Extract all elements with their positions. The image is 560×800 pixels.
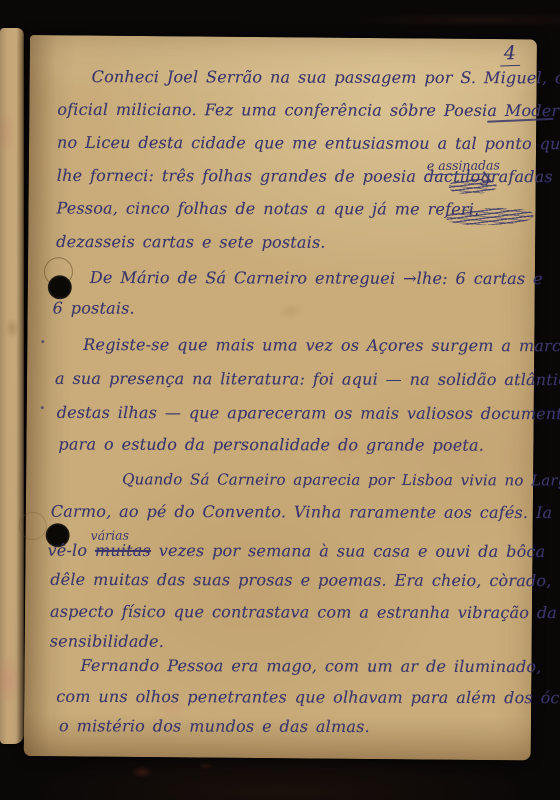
inserted-word: e assinadas: [427, 157, 500, 175]
hole-punch: [48, 275, 72, 299]
handwritten-line: destas ilhas — que apareceram os mais va…: [57, 404, 560, 424]
handwritten-line: oficial miliciano. Fez uma conferência s…: [57, 101, 560, 121]
handwritten-line: no Liceu desta cidade que me entusiasmou…: [57, 134, 560, 154]
handwritten-line: De Mário de Sá Carneiro entreguei →lhe: …: [90, 269, 543, 289]
handwritten-line: dezasseis cartas e sete postais.: [56, 233, 326, 252]
scanned-document: 4 Conheci Joel Serrão na sua passagem po…: [0, 0, 560, 800]
embossed-ring: [19, 512, 47, 540]
margin-dot: [41, 406, 44, 409]
handwritten-line: aspecto físico que contrastava com a est…: [50, 603, 560, 623]
line-segment: vezes por semana à sua casa e ouvi da bô…: [151, 541, 545, 561]
handwritten-line: a sua presença na literatura: foi aqui —…: [55, 370, 560, 390]
handwritten-line: 6 postais.: [53, 299, 135, 318]
handwritten-line: Fernando Pessoa era mago, com um ar de i…: [80, 657, 541, 677]
handwritten-line: com uns olhos penetrantes que olhavam pa…: [56, 688, 560, 708]
handwritten-line: o mistério dos mundos e das almas.: [59, 717, 370, 736]
handwritten-line: Pessoa, cinco folhas de notas a que já m…: [56, 200, 479, 219]
manuscript-page: 4 Conheci Joel Serrão na sua passagem po…: [24, 35, 537, 760]
handwritten-line: Conheci Joel Serrão na sua passagem por …: [92, 68, 560, 88]
handwritten-line: Registe-se que mais uma vez os Açores su…: [83, 336, 560, 356]
handwritten-line: vê-lo muitas vezes por semana à sua casa…: [47, 542, 545, 562]
line-segment: vê-lo: [47, 541, 95, 560]
margin-dot: [41, 340, 44, 343]
scribbled-out-word: [446, 207, 533, 226]
handwritten-line: Carmo, ao pé do Convento. Vinha rarament…: [51, 503, 552, 523]
handwritten-line: para o estudo da personalidade do grande…: [58, 436, 484, 456]
handwritten-line: dêle muitas das suas prosas e poemas. Er…: [50, 571, 560, 591]
handwritten-line: Quando Sá Carneiro aparecia por Lisboa v…: [122, 471, 560, 490]
scribbled-out-word: [449, 178, 497, 194]
handwritten-line: sensibilidade.: [50, 633, 164, 652]
page-number: 4: [500, 42, 521, 67]
adjacent-page-edge: [0, 28, 24, 744]
inserted-word: várias: [91, 528, 129, 544]
